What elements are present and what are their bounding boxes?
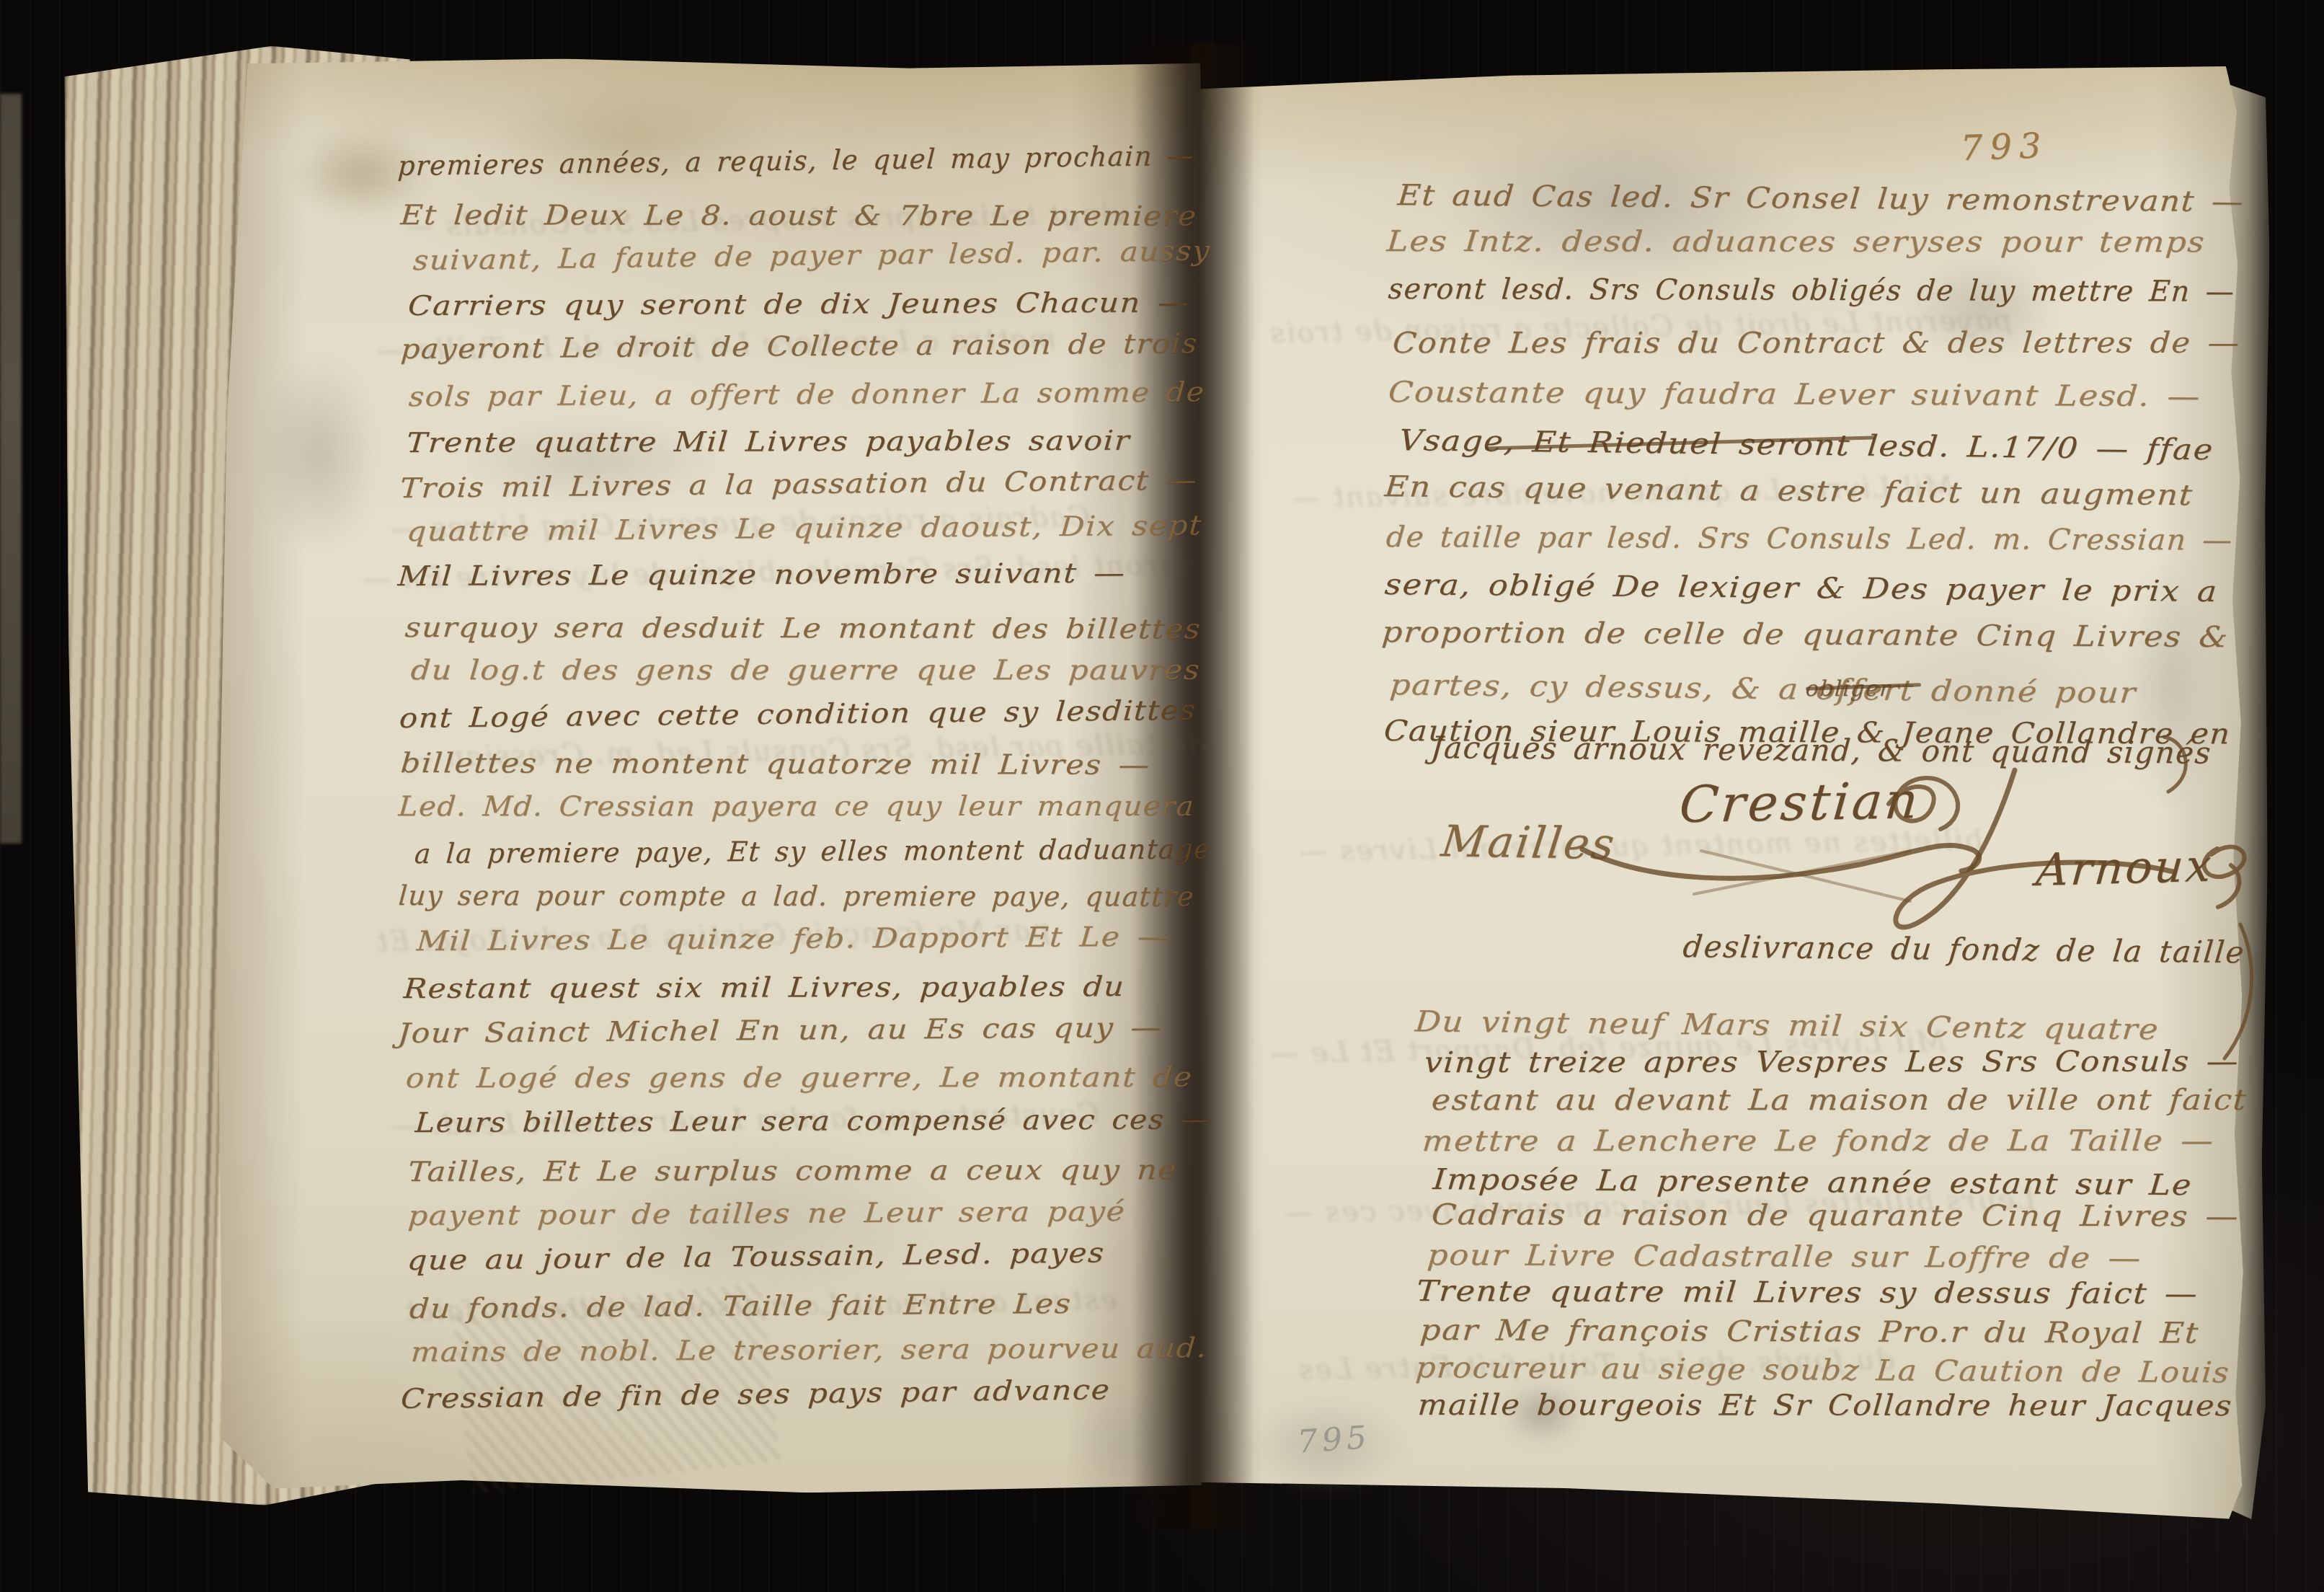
manuscript-line: maille bourgeois Et Sr Collandre heur Ja… bbox=[1416, 1389, 2233, 1423]
manuscript-line: mains de nobl. Le tresorier, sera pourve… bbox=[410, 1332, 1209, 1368]
manuscript-line: Cressian de fin de ses pays par advance bbox=[399, 1374, 1111, 1415]
manuscript-line: Coustante quy faudra Lever suivant Lesd.… bbox=[1387, 376, 2202, 413]
manuscript-line: payent pour de tailles ne Leur sera payé bbox=[407, 1195, 1127, 1231]
manuscript-line: Et aud Cas led. Sr Consel luy remonstrev… bbox=[1396, 179, 2245, 218]
manuscript-line: Carriers quy seront de dix Jeunes Chacun… bbox=[407, 286, 1191, 322]
manuscript-line: estant au devant La maison de ville ont … bbox=[1430, 1083, 2248, 1116]
manuscript-line: ont Logé des gens de guerre, Le montant … bbox=[405, 1061, 1194, 1094]
section-heading: deslivrance du fondz de la taille bbox=[1682, 929, 2247, 970]
manuscript-photo: 793 795 Jacques arnoux revezand, & ont q… bbox=[0, 0, 2324, 1592]
signature-crestian: Crestian bbox=[1677, 771, 1922, 834]
manuscript-line: Trois mil Livres a la passation du Contr… bbox=[399, 464, 1199, 504]
manuscript-line: premieres années, a requis, le quel may … bbox=[397, 140, 1196, 182]
manuscript-line: Jour Sainct Michel En un, au Es cas quy … bbox=[397, 1011, 1163, 1049]
attestation-line: Jacques arnoux revezand, & ont quand sig… bbox=[1429, 730, 2213, 771]
manuscript-line: Trente quatre mil Livres sy dessus faict… bbox=[1415, 1275, 2199, 1311]
manuscript-line: mettre a Lenchere Le fondz de La Taille … bbox=[1421, 1124, 2215, 1158]
manuscript-line: luy sera pour compte a lad. premiere pay… bbox=[398, 880, 1196, 913]
manuscript-line: sera, obligé De lexiger & Des payer le p… bbox=[1383, 568, 2219, 609]
pencil-folio-number: 795 bbox=[1296, 1419, 1372, 1461]
manuscript-line: Tailles, Et Le surplus comme a ceux quy … bbox=[407, 1154, 1178, 1188]
manuscript-line: surquoy sera desduit Le montant des bill… bbox=[404, 611, 1202, 645]
signature-arnoux: Arnoux bbox=[2034, 839, 2215, 896]
manuscript-line: proportion de celle de quarante Cinq Liv… bbox=[1381, 616, 2230, 654]
manuscript-line: Led. Md. Cressian payera ce quy leur man… bbox=[398, 790, 1197, 822]
manuscript-line: ont Logé avec cette condition que sy les… bbox=[399, 694, 1197, 734]
manuscript-line: partes, cy dessus, & a offert donné pour bbox=[1388, 668, 2137, 710]
manuscript-line: que au jour de la Toussain, Lesd. payes bbox=[407, 1237, 1106, 1277]
manuscript-line: sols par Lieu, a offert de donner La som… bbox=[408, 376, 1207, 412]
manuscript-line: Restant quest six mil Livres, payables d… bbox=[402, 970, 1126, 1004]
manuscript-line: suivant, La faute de payer par lesd. par… bbox=[412, 235, 1212, 277]
handwriting-layer: 793 795 Jacques arnoux revezand, & ont q… bbox=[0, 0, 2324, 1592]
manuscript-line: du log.t des gens de guerre que Les pauv… bbox=[409, 653, 1202, 685]
signature-mailles: Mailles bbox=[1439, 816, 1619, 870]
manuscript-line: Les Intz. desd. aduances seryses pour te… bbox=[1385, 225, 2206, 259]
manuscript-line: seront lesd. Srs Consuls obligés de luy … bbox=[1388, 273, 2237, 309]
page-number: 793 bbox=[1960, 125, 2049, 169]
bleedthrough-text: estant au devant La maison de ville ont … bbox=[404, 1283, 1118, 1328]
manuscript-line: Trente quattre Mil Livres payables savoi… bbox=[405, 425, 1131, 459]
manuscript-line: de taille par lesd. Srs Consuls Led. m. … bbox=[1385, 521, 2234, 557]
manuscript-line: a la premiere paye, Et sy elles montent … bbox=[414, 833, 1212, 870]
manuscript-line: pour Livre Cadastralle sur Loffre de — bbox=[1426, 1239, 2142, 1275]
